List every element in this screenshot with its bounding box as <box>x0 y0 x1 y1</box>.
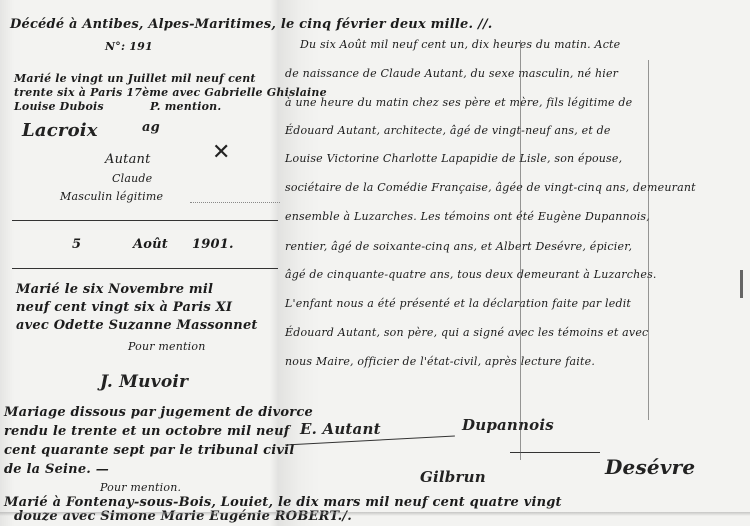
signature-father: E. Autant <box>300 420 381 438</box>
body-line-9: âgé de cinquante-quatre ans, tous deux d… <box>285 268 657 281</box>
bleed-through-stroke <box>520 40 521 460</box>
date-day: 5 <box>72 237 81 252</box>
margin-initials-1: ag <box>142 120 160 135</box>
body-line-7: ensemble à Luzarches. Les témoins ont ét… <box>285 210 650 223</box>
margin-marriage-2-line-1: Marié le six Novembre mil <box>16 282 213 297</box>
body-line-5: Louise Victorine Charlotte Lapapidie de … <box>285 152 622 165</box>
child-surname: Autant <box>105 152 151 167</box>
body-line-1: Du six Août mil neuf cent un, dix heures… <box>300 38 620 51</box>
margin-marriage-1-mention: P. mention. <box>150 100 221 113</box>
ink-mark <box>740 270 743 298</box>
child-sex: Masculin légitime <box>60 190 163 203</box>
margin-marriage-1-line-2: trente six à Paris 17ème avec Gabrielle … <box>14 86 327 99</box>
page-edge-shadow <box>0 512 750 516</box>
divorce-mention: Pour mention. <box>100 481 181 494</box>
signature-witness-2: Desévre <box>605 455 695 479</box>
margin-marriage-1-line-3: Louise Dubois <box>14 100 104 113</box>
bleed-through-stroke <box>648 60 649 420</box>
body-line-6: sociétaire de la Comédie Française, âgée… <box>285 181 696 194</box>
margin-marriage-1-line-1: Marié le vingt un Juillet mil neuf cent <box>14 72 256 85</box>
divorce-line-2: rendu le trente et un octobre mil neuf <box>4 424 290 439</box>
dotted-separator <box>190 202 280 203</box>
bottom-marriage-line-1: Marié à Fontenay-sous-Bois, Louiet, le d… <box>4 495 562 510</box>
death-annotation: Décédé à Antibes, Alpes-Maritimes, le ci… <box>10 17 493 32</box>
divorce-line-3: cent quarante sept par le tribunal civil <box>4 443 294 458</box>
signature-flourish-2 <box>510 452 600 453</box>
body-line-10: L'enfant nous a été présenté et la décla… <box>285 297 631 310</box>
body-line-3: à une heure du matin chez ses père et mè… <box>285 96 632 109</box>
signature-witness-1: Dupannois <box>462 416 554 434</box>
margin-marriage-2-line-2: neuf cent vingt six à Paris XI <box>16 300 232 315</box>
margin-marriage-2-line-3: avec Odette Suzanne Massonnet <box>16 318 258 333</box>
body-line-11: Édouard Autant, son père, qui a signé av… <box>285 326 648 339</box>
body-line-4: Édouard Autant, architecte, âgé de vingt… <box>285 124 611 137</box>
record-number: N°: 191 <box>105 40 153 53</box>
date-month: Août <box>133 237 168 252</box>
scanned-document-page: Décédé à Antibes, Alpes-Maritimes, le ci… <box>0 0 750 526</box>
body-line-2: de naissance de Claude Autant, du sexe m… <box>285 67 618 80</box>
body-line-8: rentier, âgé de soixante-cinq ans, et Al… <box>285 240 632 253</box>
child-firstname: Claude <box>112 172 152 185</box>
body-line-12: nous Maire, officier de l'état-civil, ap… <box>285 355 595 368</box>
margin-signature-2: J. Muvoir <box>100 372 188 392</box>
x-mark-icon: ✕ <box>212 140 230 165</box>
margin-divider-2 <box>12 268 278 269</box>
divorce-line-4: de la Seine. — <box>4 462 109 477</box>
margin-marriage-2-mention: Pour mention <box>128 340 206 353</box>
margin-signature-1: Lacroix <box>22 120 98 141</box>
signature-mayor: Gilbrun <box>420 468 486 486</box>
margin-divider-1 <box>12 220 278 221</box>
divorce-line-1: Mariage dissous par jugement de divorce <box>4 405 313 420</box>
date-year: 1901. <box>192 237 234 252</box>
